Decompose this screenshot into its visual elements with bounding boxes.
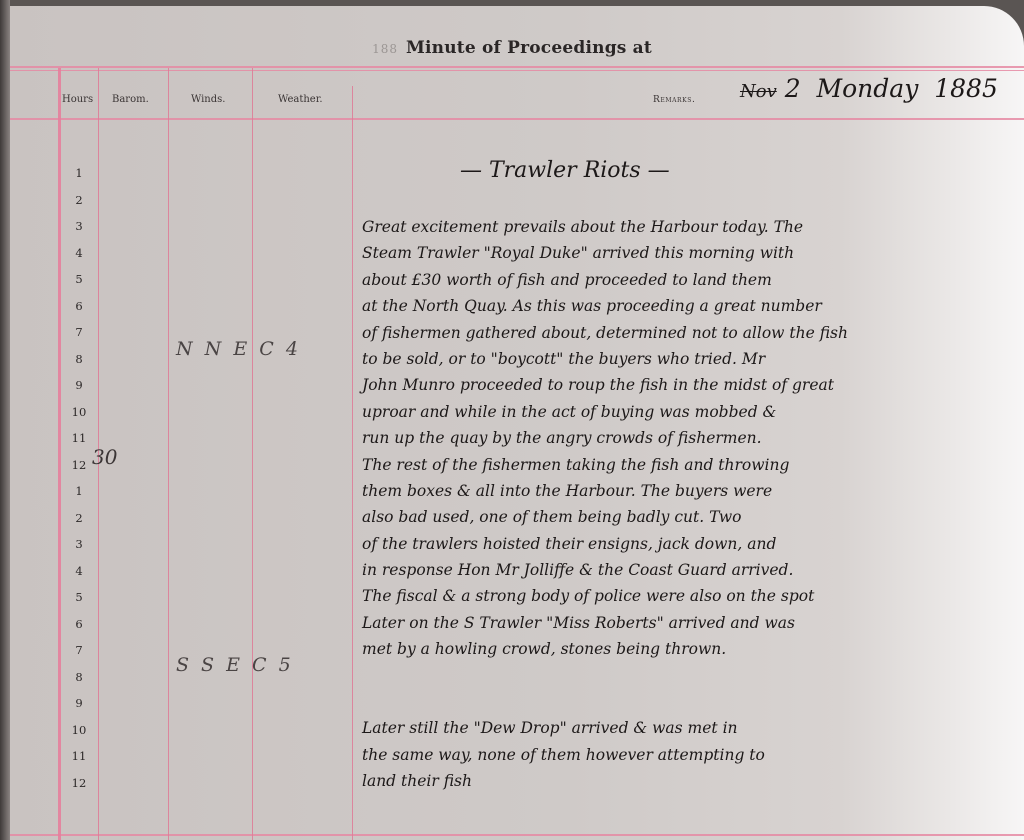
hour-label: 8 <box>62 346 96 373</box>
column-header-hours: Hours <box>62 94 93 105</box>
barometer-reading: 30 <box>92 445 117 469</box>
column-header-remarks: Remarks. <box>653 95 695 105</box>
entry-line: Later still the "Dew Drop" arrived & was… <box>362 715 1012 741</box>
hour-label: 6 <box>62 293 96 320</box>
hour-label: 4 <box>62 240 96 267</box>
entry-line: of fishermen gathered about, determined … <box>362 320 1012 346</box>
hour-label: 5 <box>62 584 96 611</box>
page-title-text: Minute of Proceedings at <box>406 38 652 58</box>
entry-line: them boxes & all into the Harbour. The b… <box>362 478 1012 504</box>
hour-label: 9 <box>62 690 96 717</box>
entry-line: to be sold, or to "boycott" the buyers w… <box>362 346 1012 372</box>
book-spine <box>0 0 10 840</box>
entry-line: the same way, none of them however attem… <box>362 742 1012 768</box>
hour-label: 1 <box>62 478 96 505</box>
date-day: 2 <box>785 74 801 103</box>
entry-line: met by a howling crowd, stones being thr… <box>362 636 1012 662</box>
barom-column-rule <box>168 68 169 840</box>
entry-line: Later on the S Trawler "Miss Roberts" ar… <box>362 610 1012 636</box>
hour-label: 2 <box>62 187 96 214</box>
weather-column-rule <box>352 86 353 840</box>
page-title: 188Minute of Proceedings at <box>0 38 1024 58</box>
header-top-rule <box>10 66 1024 68</box>
date-month-struck: Nov <box>740 81 777 102</box>
entry-line: about £30 worth of fish and proceeded to… <box>362 267 1012 293</box>
remarks-entry: Great excitement prevails about the Harb… <box>362 214 1012 795</box>
hour-label: 3 <box>62 213 96 240</box>
hour-label: 7 <box>62 319 96 346</box>
winds-column-rule <box>252 68 253 840</box>
hour-label: 8 <box>62 664 96 691</box>
entry-heading: — Trawler Riots — <box>460 158 670 183</box>
date-weekday: Monday <box>817 74 919 103</box>
hour-label: 10 <box>62 399 96 426</box>
hour-label: 11 <box>62 743 96 770</box>
header-top-rule-2 <box>10 70 1024 71</box>
hour-label: 11 <box>62 425 96 452</box>
hour-label: 10 <box>62 717 96 744</box>
entry-line <box>362 663 1012 689</box>
entry-line: The fiscal & a strong body of police wer… <box>362 583 1012 609</box>
entry-line: Steam Trawler "Royal Duke" arrived this … <box>362 240 1012 266</box>
entry-line: run up the quay by the angry crowds of f… <box>362 425 1012 451</box>
hour-label: 7 <box>62 637 96 664</box>
entry-line: in response Hon Mr Jolliffe & the Coast … <box>362 557 1012 583</box>
column-header-weather: Weather. <box>278 94 323 105</box>
hour-label: 4 <box>62 558 96 585</box>
page-bottom-rule <box>10 834 1024 836</box>
hour-label: 12 <box>62 770 96 797</box>
date-year: 1885 <box>934 74 998 103</box>
column-header-winds: Winds. <box>191 94 225 105</box>
bleed-through-text: 188 <box>372 42 398 56</box>
wind-reading-morning: N N E C 4 <box>176 338 301 360</box>
margin-rule <box>58 68 61 840</box>
entry-date: Nov 2 Monday 1885 <box>740 74 998 103</box>
entry-line: land their fish <box>362 768 1012 794</box>
hour-label: 9 <box>62 372 96 399</box>
entry-line: uproar and while in the act of buying wa… <box>362 399 1012 425</box>
entry-line: John Munro proceeded to roup the fish in… <box>362 372 1012 398</box>
hour-label: 2 <box>62 505 96 532</box>
entry-line <box>362 689 1012 715</box>
entry-line: of the trawlers hoisted their ensigns, j… <box>362 531 1012 557</box>
hour-label: 1 <box>62 160 96 187</box>
entry-line: also bad used, one of them being badly c… <box>362 504 1012 530</box>
entry-line: at the North Quay. As this was proceedin… <box>362 293 1012 319</box>
hour-label: 6 <box>62 611 96 638</box>
header-bottom-rule <box>10 118 1024 120</box>
wind-reading-evening: S S E C 5 <box>176 654 294 676</box>
hour-label: 3 <box>62 531 96 558</box>
hour-label: 5 <box>62 266 96 293</box>
hours-column: 1 2 3 4 5 6 7 8 9 10 11 12 1 2 3 4 5 6 7… <box>62 160 96 796</box>
entry-line: Great excitement prevails about the Harb… <box>362 214 1012 240</box>
column-header-barom: Barom. <box>112 94 149 105</box>
hour-label: 12 <box>62 452 96 479</box>
entry-line: The rest of the fishermen taking the fis… <box>362 452 1012 478</box>
